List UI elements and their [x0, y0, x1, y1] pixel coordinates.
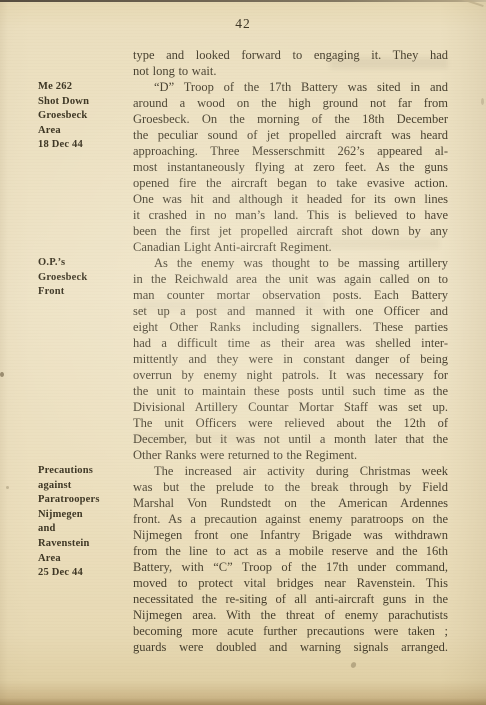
margin-note: O.P.’sGroesbeckFront: [38, 255, 133, 463]
body-line: Canadian Light Anti-aircraft Regiment.: [133, 239, 448, 255]
body-line: around a wood on the high ground not far…: [133, 95, 448, 111]
margin-note-line: Area: [38, 552, 133, 567]
body-line: had a difficult time as their area was s…: [133, 335, 448, 351]
paper-speck: [481, 98, 484, 105]
body-line: Other Ranks were returned to the Regimen…: [133, 447, 448, 463]
text-section-0: type and looked forward to engaging it. …: [38, 47, 448, 79]
body-line: type and looked forward to engaging it. …: [133, 47, 448, 63]
body-line: approaching. Three Messerschmitt 262’s a…: [133, 143, 448, 159]
margin-note-line: Precautions: [38, 464, 133, 479]
paper-speck: [0, 372, 4, 377]
margin-note-line: Area: [38, 124, 133, 139]
body-line: most instantaneously flying at zero feet…: [133, 159, 448, 175]
body-line: Battery, with “C” Troop of the 17th unde…: [133, 559, 448, 575]
margin-note-line: 18 Dec 44: [38, 138, 133, 153]
text-section-3: PrecautionsagainstParatroopersNijmegenan…: [38, 463, 448, 655]
margin-note-line: Nijmegen: [38, 508, 133, 523]
margin-note: Me 262Shot DownGroesbeckArea18 Dec 44: [38, 79, 133, 255]
body-line: man counter mortar observation posts. Ea…: [133, 287, 448, 303]
body-line: Groesbeck. On the morning of the 18th De…: [133, 111, 448, 127]
paragraph: The increased air activity during Christ…: [133, 463, 448, 655]
body-line: Nijmegen front one Infantry Brigade was …: [133, 527, 448, 543]
margin-note-line: O.P.’s: [38, 256, 133, 271]
body-line: December, but it was not until a month l…: [133, 431, 448, 447]
body-line: was but the prelude to the break through…: [133, 479, 448, 495]
margin-note-line: Groesbeck: [38, 271, 133, 286]
margin-note-line: Me 262: [38, 80, 133, 95]
body-line: set up a post and manned it with one Off…: [133, 303, 448, 319]
paper-speck: [350, 661, 357, 669]
body-line: eight Other Ranks including signallers. …: [133, 319, 448, 335]
body-line: from the line to act as a mobile reserve…: [133, 543, 448, 559]
body-line: front. As a precaution against enemy par…: [133, 511, 448, 527]
body-line: The increased air activity during Christ…: [133, 463, 448, 479]
body-line: in the Reichwald area the unit was again…: [133, 271, 448, 287]
paper-speck: [6, 486, 9, 489]
body-line: guards were doubled and warning signals …: [133, 639, 448, 655]
body-line: it crashed in no man’s land. This is bel…: [133, 207, 448, 223]
body-line: not long to wait.: [133, 63, 448, 79]
scan-edge-top: [0, 0, 486, 2]
body-line: One was hit and although it headed for i…: [133, 191, 448, 207]
margin-note-line: against: [38, 479, 133, 494]
text-section-2: O.P.’sGroesbeckFrontAs the enemy was tho…: [38, 255, 448, 463]
body-line: The unit Officers were relieved about th…: [133, 415, 448, 431]
margin-note: PrecautionsagainstParatroopersNijmegenan…: [38, 463, 133, 655]
margin-note-line: and: [38, 522, 133, 537]
paragraph: type and looked forward to engaging it. …: [133, 47, 448, 79]
body-line: As the enemy was thought to be massing a…: [133, 255, 448, 271]
margin-note-line: Shot Down: [38, 95, 133, 110]
margin-note-line: Ravenstein: [38, 537, 133, 552]
margin-note-line: 25 Dec 44: [38, 566, 133, 581]
margin-note-line: Groesbeck: [38, 109, 133, 124]
body-line: mittently and they were in constant dang…: [133, 351, 448, 367]
body-line: becoming more acute further precautions …: [133, 623, 448, 639]
margin-note-line: Paratroopers: [38, 493, 133, 508]
body-line: opened fire the aircraft began to take e…: [133, 175, 448, 191]
body-line: overrun by enemy night patrols. It was n…: [133, 367, 448, 383]
body-line: Nijmegen area. With the threat of enemy …: [133, 607, 448, 623]
body-line: moved to protect vital bridges near Rave…: [133, 575, 448, 591]
body-line: Marshal Von Rundstedt on the American Ar…: [133, 495, 448, 511]
body-line: necessitated the re-siting of all anti-a…: [133, 591, 448, 607]
body-line: Divisional Artillery Countar Mortar Staf…: [133, 399, 448, 415]
body-line: the peculiar sound of jet propelled airc…: [133, 127, 448, 143]
scanned-book-page: 42 type and looked forward to engaging i…: [0, 0, 486, 705]
page-number: 42: [0, 16, 486, 32]
margin-note-line: Front: [38, 285, 133, 300]
margin-note: [38, 47, 133, 79]
body-line: “D” Troop of the 17th Battery was sited …: [133, 79, 448, 95]
page-content: type and looked forward to engaging it. …: [38, 47, 448, 655]
body-line: the unit to maintain these posts until s…: [133, 383, 448, 399]
text-section-1: Me 262Shot DownGroesbeckArea18 Dec 44“D”…: [38, 79, 448, 255]
paragraph: “D” Troop of the 17th Battery was sited …: [133, 79, 448, 255]
body-line: been the first jet propelled aircraft sh…: [133, 223, 448, 239]
paragraph: As the enemy was thought to be massing a…: [133, 255, 448, 463]
